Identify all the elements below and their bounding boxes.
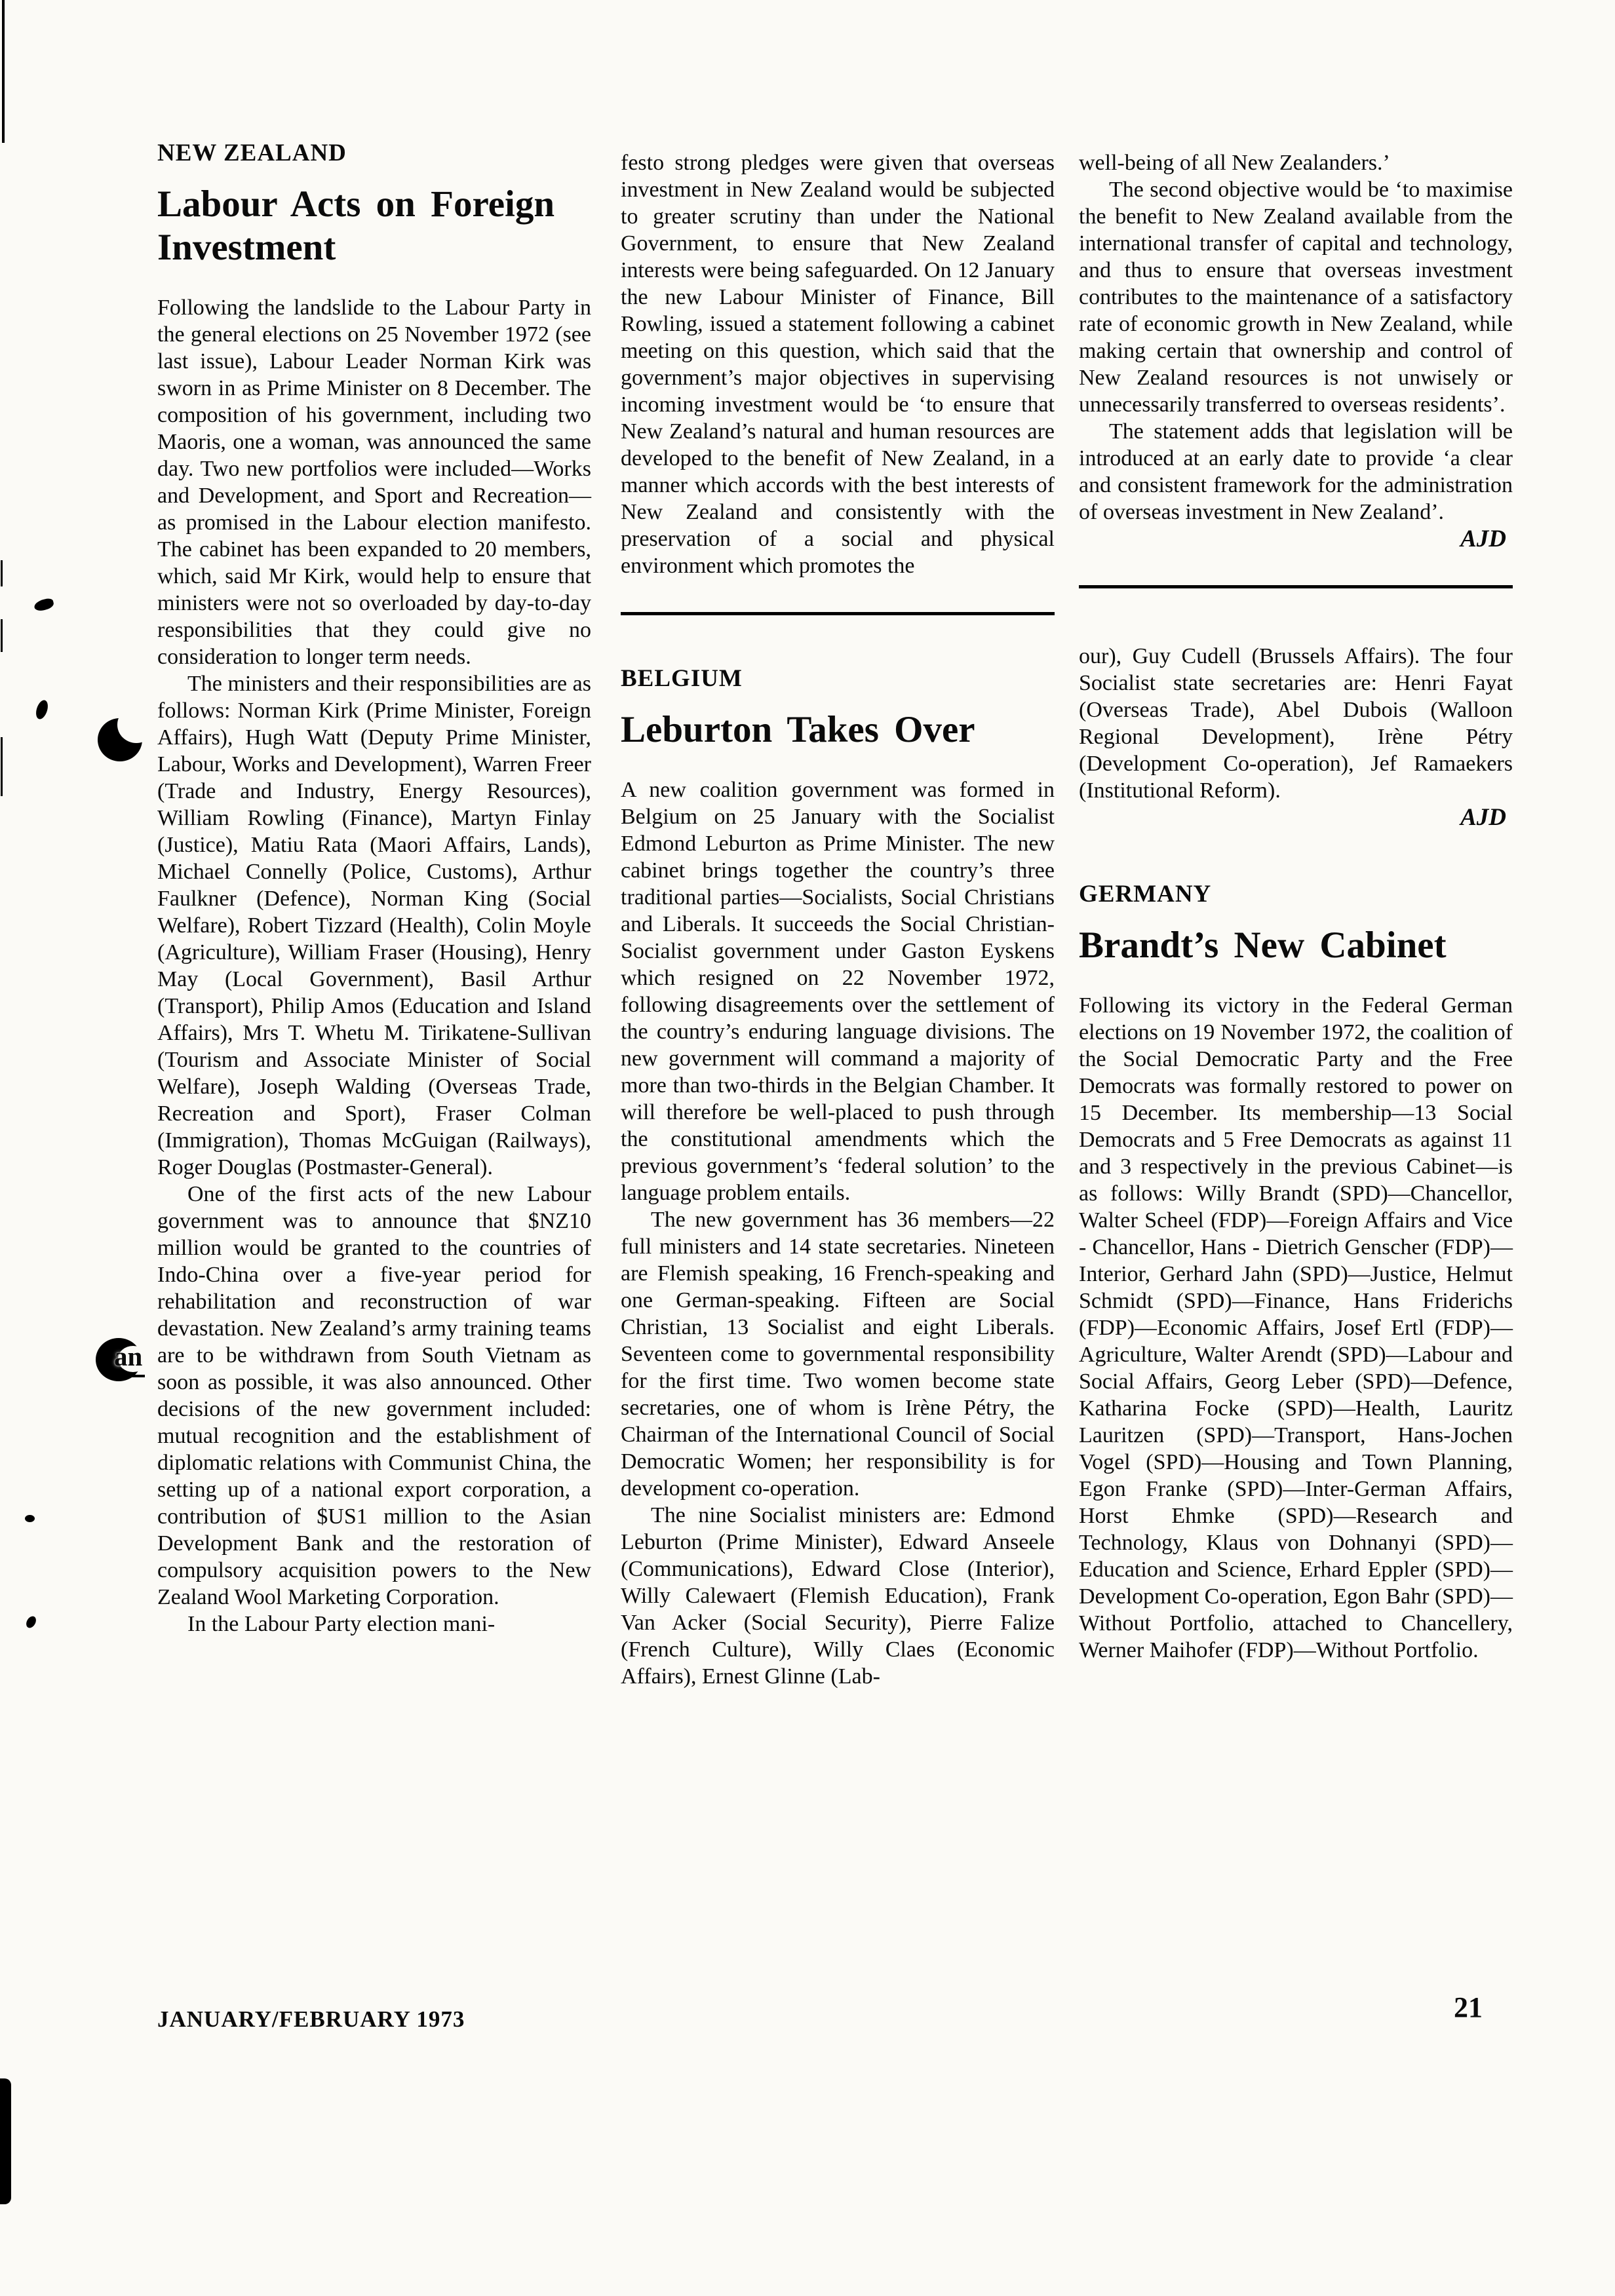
section-kicker: NEW ZEALAND	[157, 140, 591, 167]
scan-edge-line	[2, 0, 5, 143]
scan-edge-dash	[1, 737, 3, 796]
article-paragraph: The new government has 36 members—22 ful…	[621, 1206, 1055, 1502]
article-paragraph: One of the first acts of the new Labour …	[157, 1181, 591, 1611]
article-title: Leburton Takes Over	[621, 708, 1055, 752]
article-paragraph: The nine Socialist ministers are: Edmond…	[621, 1502, 1055, 1690]
ink-blot-crescent	[98, 718, 142, 761]
section-divider	[1079, 585, 1513, 588]
section-divider	[621, 612, 1055, 615]
margin-annotation-text: an	[113, 1338, 145, 1377]
column-3: well-being of all New Zealanders.’The se…	[1079, 149, 1513, 1664]
scan-edge-dash	[1, 619, 3, 652]
column-1: NEW ZEALANDLabour Acts on Foreign Invest…	[157, 140, 591, 1637]
ink-speck	[33, 598, 55, 613]
article-title: Brandt’s New Cabinet	[1079, 924, 1513, 967]
article-paragraph: our), Guy Cudell (Brussels Affairs). The…	[1079, 643, 1513, 804]
article-paragraph: festo strong pledges were given that ove…	[621, 149, 1055, 579]
article-paragraph: well-being of all New Zealanders.’	[1079, 149, 1513, 176]
article-title: Labour Acts on Foreign Investment	[157, 183, 591, 269]
author-initials: AJD	[1079, 804, 1513, 831]
article-paragraph: Following the landslide to the Labour Pa…	[157, 294, 591, 670]
article-paragraph: The ministers and their responsibilities…	[157, 670, 591, 1181]
scan-binding-mark	[0, 2078, 11, 2204]
author-initials: AJD	[1079, 526, 1513, 552]
article-paragraph: Following its victory in the Federal Ger…	[1079, 992, 1513, 1664]
ink-speck	[34, 698, 50, 720]
ink-speck	[25, 1515, 35, 1522]
ink-speck	[24, 1615, 38, 1630]
column-2: festo strong pledges were given that ove…	[621, 149, 1055, 1690]
article-paragraph: The statement adds that legislation will…	[1079, 418, 1513, 526]
magazine-page: NEW ZEALANDLabour Acts on Foreign Invest…	[0, 0, 1615, 2296]
footer-issue-date: JANUARY/FEBRUARY 1973	[157, 2006, 465, 2033]
footer-page-number: 21	[1454, 1991, 1483, 2024]
article-paragraph: A new coalition government was formed in…	[621, 776, 1055, 1206]
section-kicker: GERMANY	[1079, 881, 1513, 908]
section-kicker: BELGIUM	[621, 665, 1055, 693]
article-paragraph: The second objective would be ‘to maximi…	[1079, 176, 1513, 418]
article-paragraph: In the Labour Party election mani-	[157, 1611, 591, 1637]
margin-annotation: an	[96, 1338, 168, 1384]
scan-edge-dash	[1, 560, 3, 586]
